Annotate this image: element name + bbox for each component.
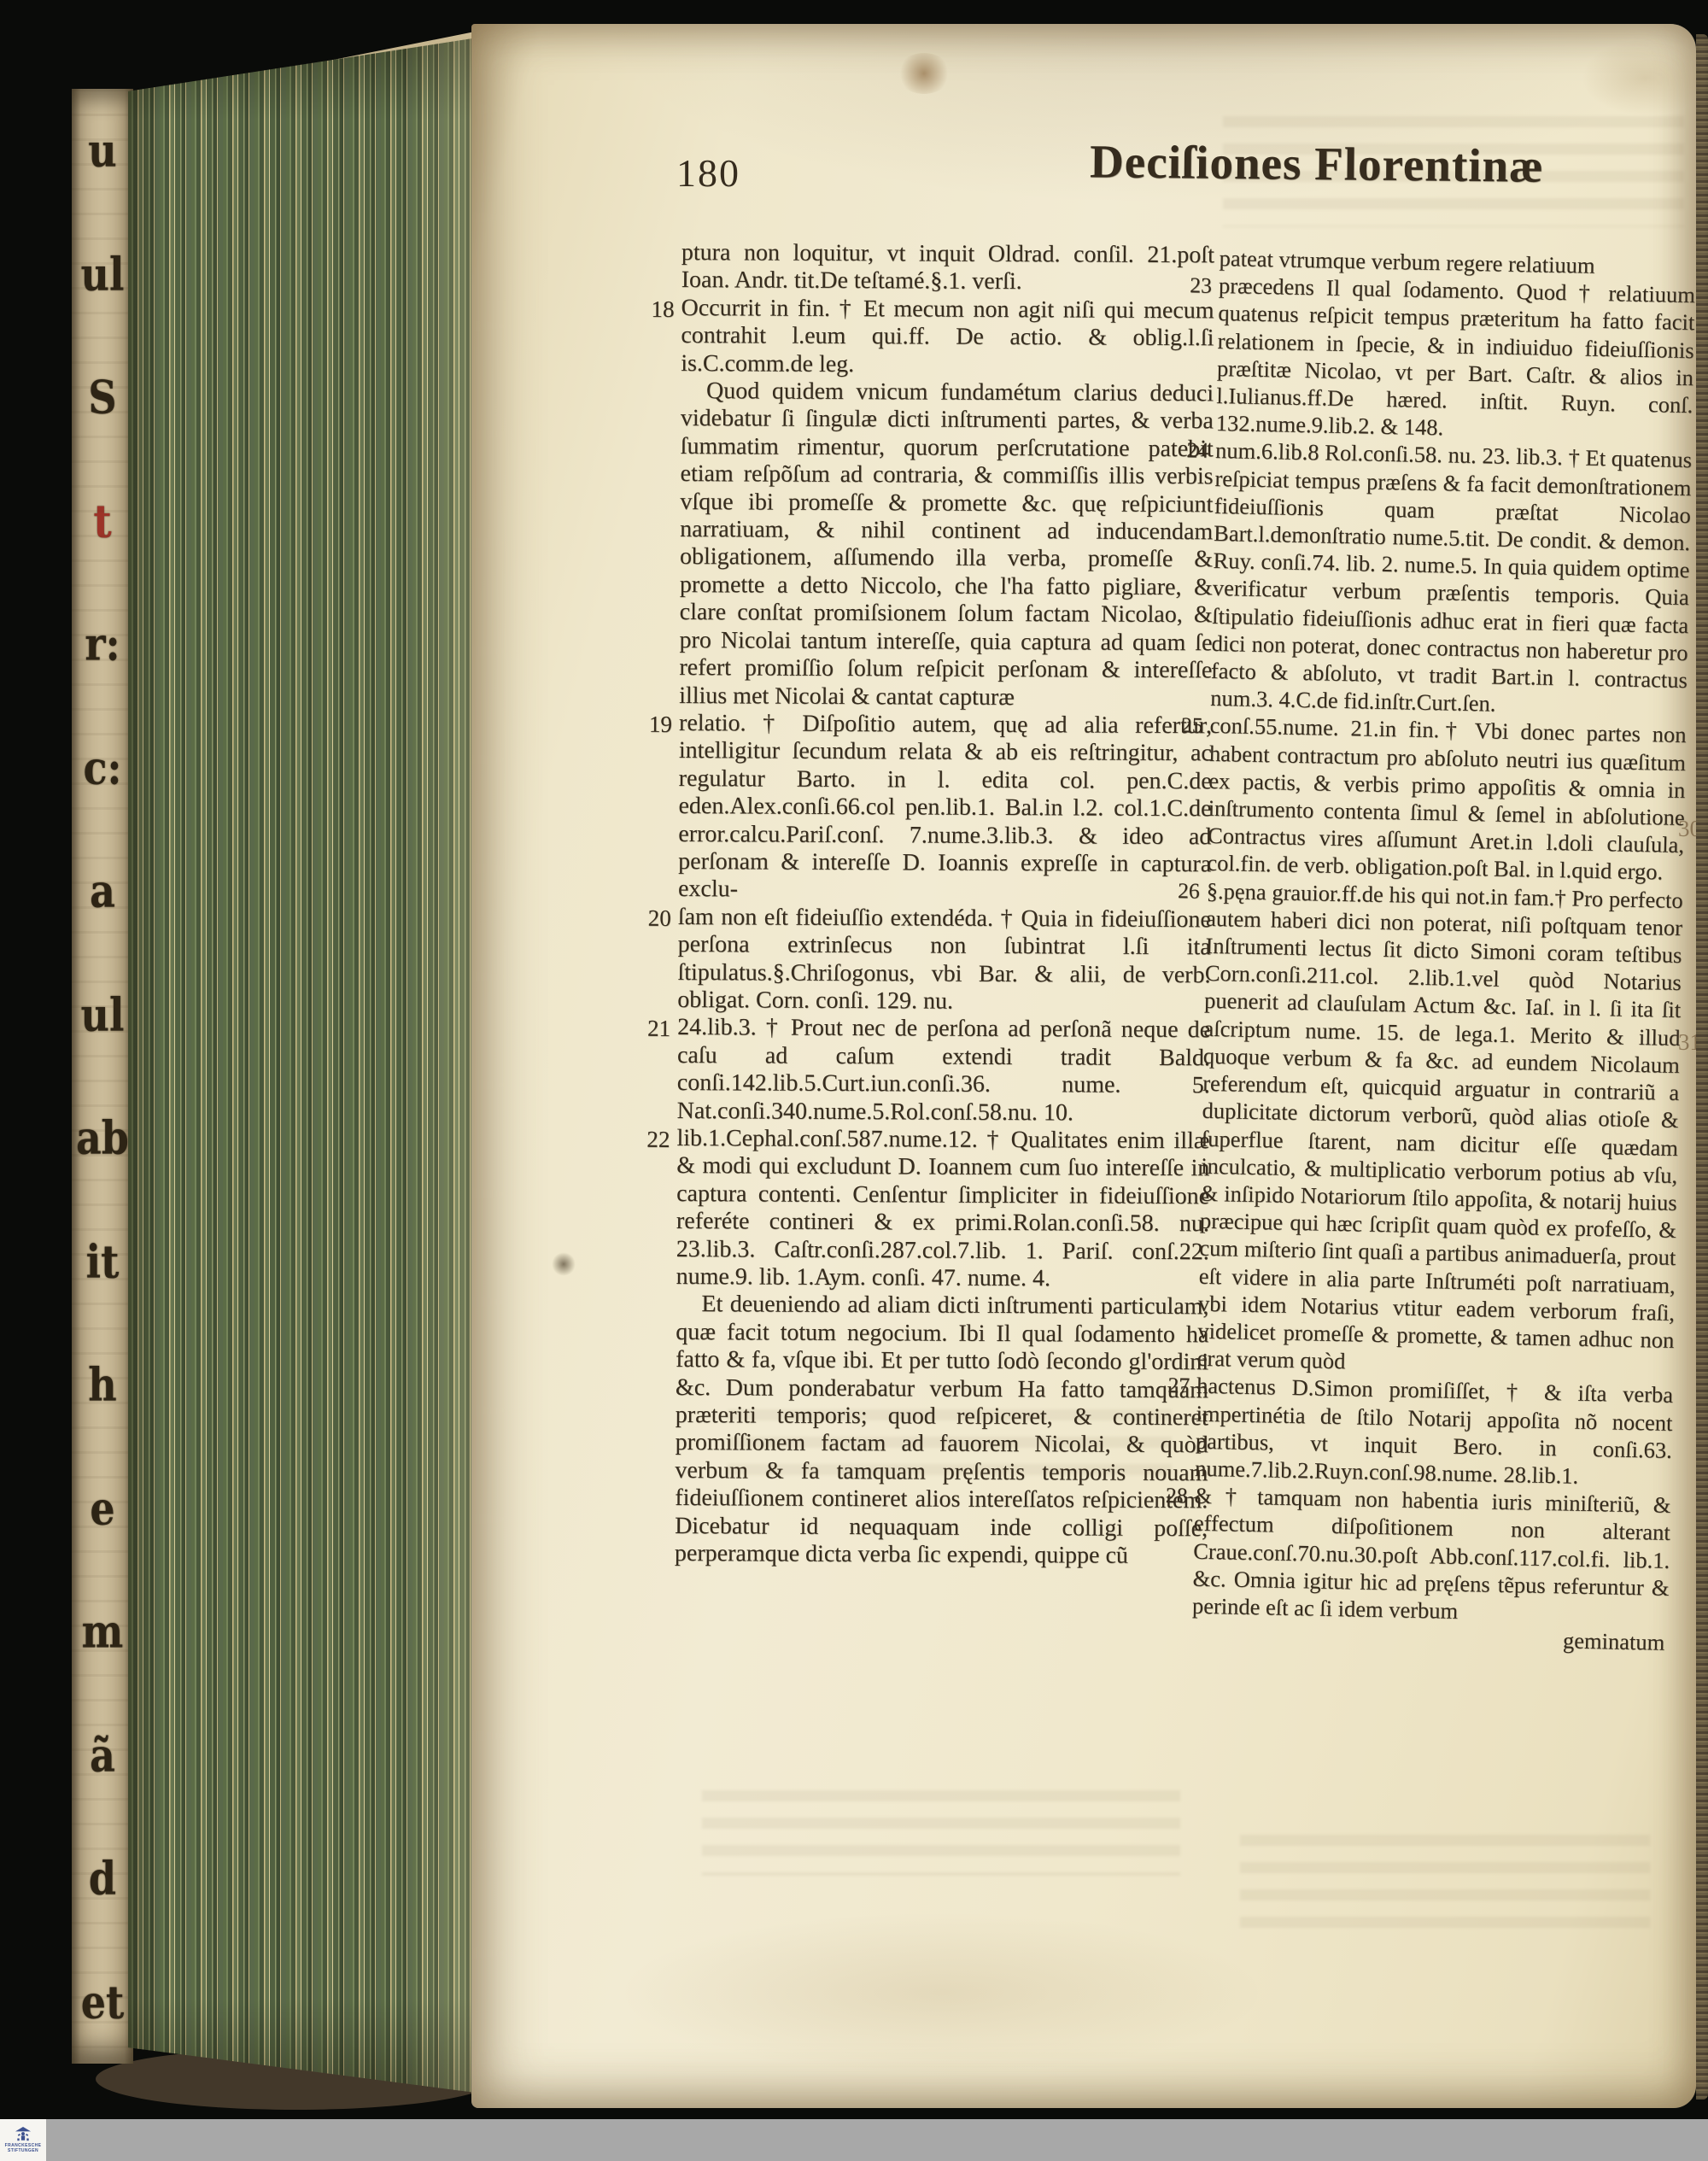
text-column-left: ptura non loquitur, vt inquit Oldrad. co… [675, 239, 1214, 1571]
logo-wordmark-line2: STIFTUNGEN [5, 2148, 42, 2153]
manuscript-glyph: ul [81, 251, 125, 296]
paragraph-block: 22 lib.1.Cephal.conſ.587.nume.12. † Qual… [676, 1125, 1210, 1294]
logo-emblem-icon [15, 2127, 31, 2142]
edge-number: 31 [1678, 1029, 1696, 1056]
manuscript-glyph: t [93, 498, 111, 543]
page-edge-right [1696, 34, 1708, 2100]
manuscript-glyph: u [88, 128, 116, 173]
paragraph-text: 24.lib.3. † Prout nec de perſona ad perſ… [677, 1014, 1211, 1126]
manuscript-glyph: et [81, 1979, 125, 2024]
paragraph-block: 26 §.pęna grauior.ff.de his qui not.in f… [1197, 877, 1684, 1382]
showthrough-smudge [702, 1790, 1180, 1876]
manuscript-glyph: m [82, 1609, 124, 1654]
paragraph-block: 20 ſam non eſt fideiuſſio extendéda. † Q… [677, 904, 1211, 1017]
stain [552, 1252, 576, 1276]
manuscript-glyph: ã [90, 1732, 115, 1777]
margin-number: 18 [631, 296, 674, 324]
paragraph-text: Quod quidem vnicum fundamétum clarius de… [679, 378, 1214, 710]
showthrough-smudge [1240, 1835, 1650, 1937]
binding-waste-manuscript: u ul S t r: c: a ul ab it h e m ã d [72, 89, 133, 2064]
paragraph-block: 21 24.lib.3. † Prout nec de perſona ad p… [677, 1014, 1211, 1127]
paragraph-text: ſam non eſt fideiuſſio extendéda. † Quia… [677, 904, 1211, 1015]
paragraph-text: hactenus D.Simon promiſiſſet, † & iſta v… [1195, 1373, 1673, 1489]
manuscript-glyph: h [88, 1362, 116, 1408]
margin-number: 23 [1169, 272, 1213, 300]
stain [1582, 39, 1696, 116]
paragraph-block: 19 relatio. † Diſpoſitio autem, quę ad a… [678, 710, 1212, 906]
margin-number: 24 [1166, 436, 1209, 465]
stain [897, 53, 951, 94]
open-page: 180 Deciſiones Florentinæ ptura non loqu… [471, 24, 1696, 2108]
manuscript-glyph: S [88, 375, 116, 420]
margin-number: 27 [1147, 1372, 1190, 1400]
paragraph-block: 18 Occurrit in fin. † Et mecum non agit … [681, 295, 1214, 380]
paragraph-text: Et deueniendo ad aliam dicti inſtrumenti… [675, 1291, 1209, 1569]
paragraph-block: ptura non loquitur, vt inquit Oldrad. co… [681, 239, 1214, 297]
logo-wordmark: FRANCKESCHE STIFTUNGEN [5, 2143, 42, 2153]
stain [617, 1912, 1266, 2074]
margin-number: 19 [629, 711, 672, 739]
margin-number: 20 [629, 904, 671, 932]
paragraph-block: 23 præcedens Il qual ſodamento. Quod † r… [1215, 272, 1695, 446]
manuscript-glyph: d [89, 1856, 116, 1901]
paragraph-text: Occurrit in fin. † Et mecum non agit niſ… [681, 295, 1214, 378]
text-column-right: pateat vtrumque verbum regere relatiuum … [1191, 244, 1696, 1656]
manuscript-glyph: e [90, 1485, 114, 1531]
margin-number: 26 [1156, 876, 1200, 905]
paragraph-block: Et deueniendo ad aliam dicti inſtrumenti… [675, 1291, 1209, 1570]
margin-number: 21 [628, 1015, 670, 1043]
running-title: Deciſiones Florentinæ [1061, 134, 1574, 193]
paragraph-text: ptura non loquitur, vt inquit Oldrad. co… [681, 239, 1214, 295]
paragraph-text: lib.1.Cephal.conſ.587.nume.12. † Qualita… [676, 1125, 1210, 1291]
franckesche-stiftungen-logo: FRANCKESCHE STIFTUNGEN [0, 2119, 46, 2161]
paragraph-block: 25 conſ.55.nume. 21.in fin.† Vbi donec p… [1207, 712, 1687, 886]
paragraph-text: num.6.lib.8 Rol.conſi.58. nu. 23. lib.3.… [1210, 437, 1692, 716]
manuscript-glyph: r: [85, 622, 120, 667]
scan-footer-bar [0, 2119, 1708, 2161]
paragraph-text: §.pęna grauior.ff.de his qui not.in fam.… [1197, 878, 1683, 1374]
paragraph-block: 28 & † tamquam non habentia iuris miniſt… [1192, 1482, 1671, 1629]
manuscript-glyph: ul [81, 992, 125, 1037]
paragraph-text: conſ.55.nume. 21.in fin.† Vbi donec part… [1207, 712, 1687, 885]
paragraph-text: relatio. † Diſpoſitio autem, quę ad alia… [678, 710, 1212, 903]
paragraph-block: 27 hactenus D.Simon promiſiſſet, † & iſt… [1195, 1372, 1673, 1491]
manuscript-glyph: a [90, 869, 115, 914]
right-column-blocks: pateat vtrumque verbum regere relatiuum … [1192, 244, 1696, 1629]
manuscript-glyph: c: [84, 745, 122, 790]
margin-number: 22 [627, 1126, 670, 1154]
manuscript-glyph: ab [76, 1116, 129, 1161]
paragraph-block: Quod quidem vnicum fundamétum clarius de… [679, 378, 1214, 712]
paragraph-text: præcedens Il qual ſodamento. Quod † rela… [1216, 272, 1696, 440]
edge-number: 30 [1678, 816, 1696, 842]
fore-edge-page-block [128, 38, 478, 2101]
margin-number: 28 [1144, 1482, 1188, 1510]
book-scan-photo: u ul S t r: c: a ul ab it h e m ã d [0, 0, 1708, 2161]
page-number: 180 [676, 150, 740, 196]
margin-number: 25 [1160, 712, 1203, 740]
paragraph-text: & † tamquam non habentia iuris miniſteri… [1192, 1483, 1671, 1624]
paragraph-block: 24 num.6.lib.8 Rol.conſi.58. nu. 23. lib… [1210, 436, 1692, 721]
manuscript-glyph: it [86, 1239, 120, 1284]
